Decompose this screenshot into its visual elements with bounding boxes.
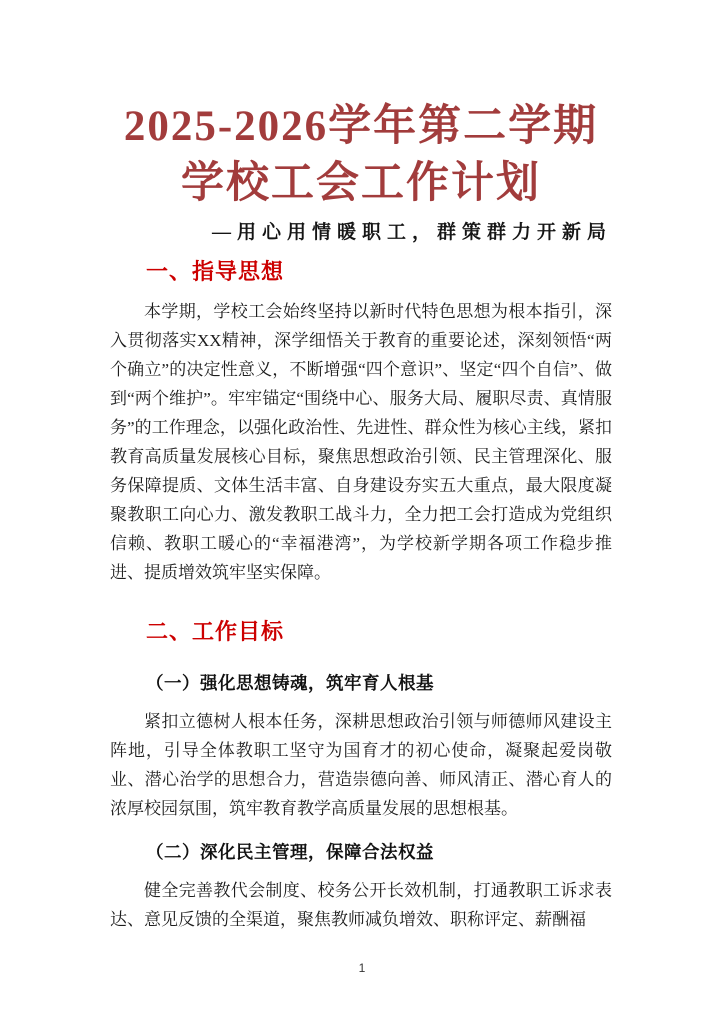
document-content: 2025-2026学年第二学期 学校工会工作计划 —用心用情暖职工，群策群力开新… <box>110 0 612 934</box>
subsection-heading-democratic-management: （二）深化民主管理，保障合法权益 <box>110 840 612 864</box>
title-line-1: 2025-2026学年第二学期 <box>110 98 612 155</box>
title-line-2: 学校工会工作计划 <box>110 155 612 212</box>
document-page: 2025-2026学年第二学期 学校工会工作计划 —用心用情暖职工，群策群力开新… <box>0 0 724 1024</box>
page-number: 1 <box>0 961 724 975</box>
section-heading-guiding-ideology: 一、指导思想 <box>110 257 612 287</box>
paragraph-ideology-building: 紧扣立德树人根本任务，深耕思想政治引领与师德师风建设主阵地，引导全体教职工坚守为… <box>110 707 612 823</box>
subsection-heading-ideology-building: （一）强化思想铸魂，筑牢育人根基 <box>110 671 612 695</box>
section-heading-work-goals: 二、工作目标 <box>110 617 612 647</box>
document-title: 2025-2026学年第二学期 学校工会工作计划 <box>110 98 612 212</box>
document-subtitle: —用心用情暖职工，群策群力开新局 <box>110 220 612 246</box>
paragraph-democratic-management: 健全完善教代会制度、校务公开长效机制，打通教职工诉求表达、意见反馈的全渠道，聚焦… <box>110 876 612 934</box>
paragraph-guiding-ideology: 本学期，学校工会始终坚持以新时代特色思想为根本指引，深入贯彻落实XX精神，深学细… <box>110 297 612 587</box>
